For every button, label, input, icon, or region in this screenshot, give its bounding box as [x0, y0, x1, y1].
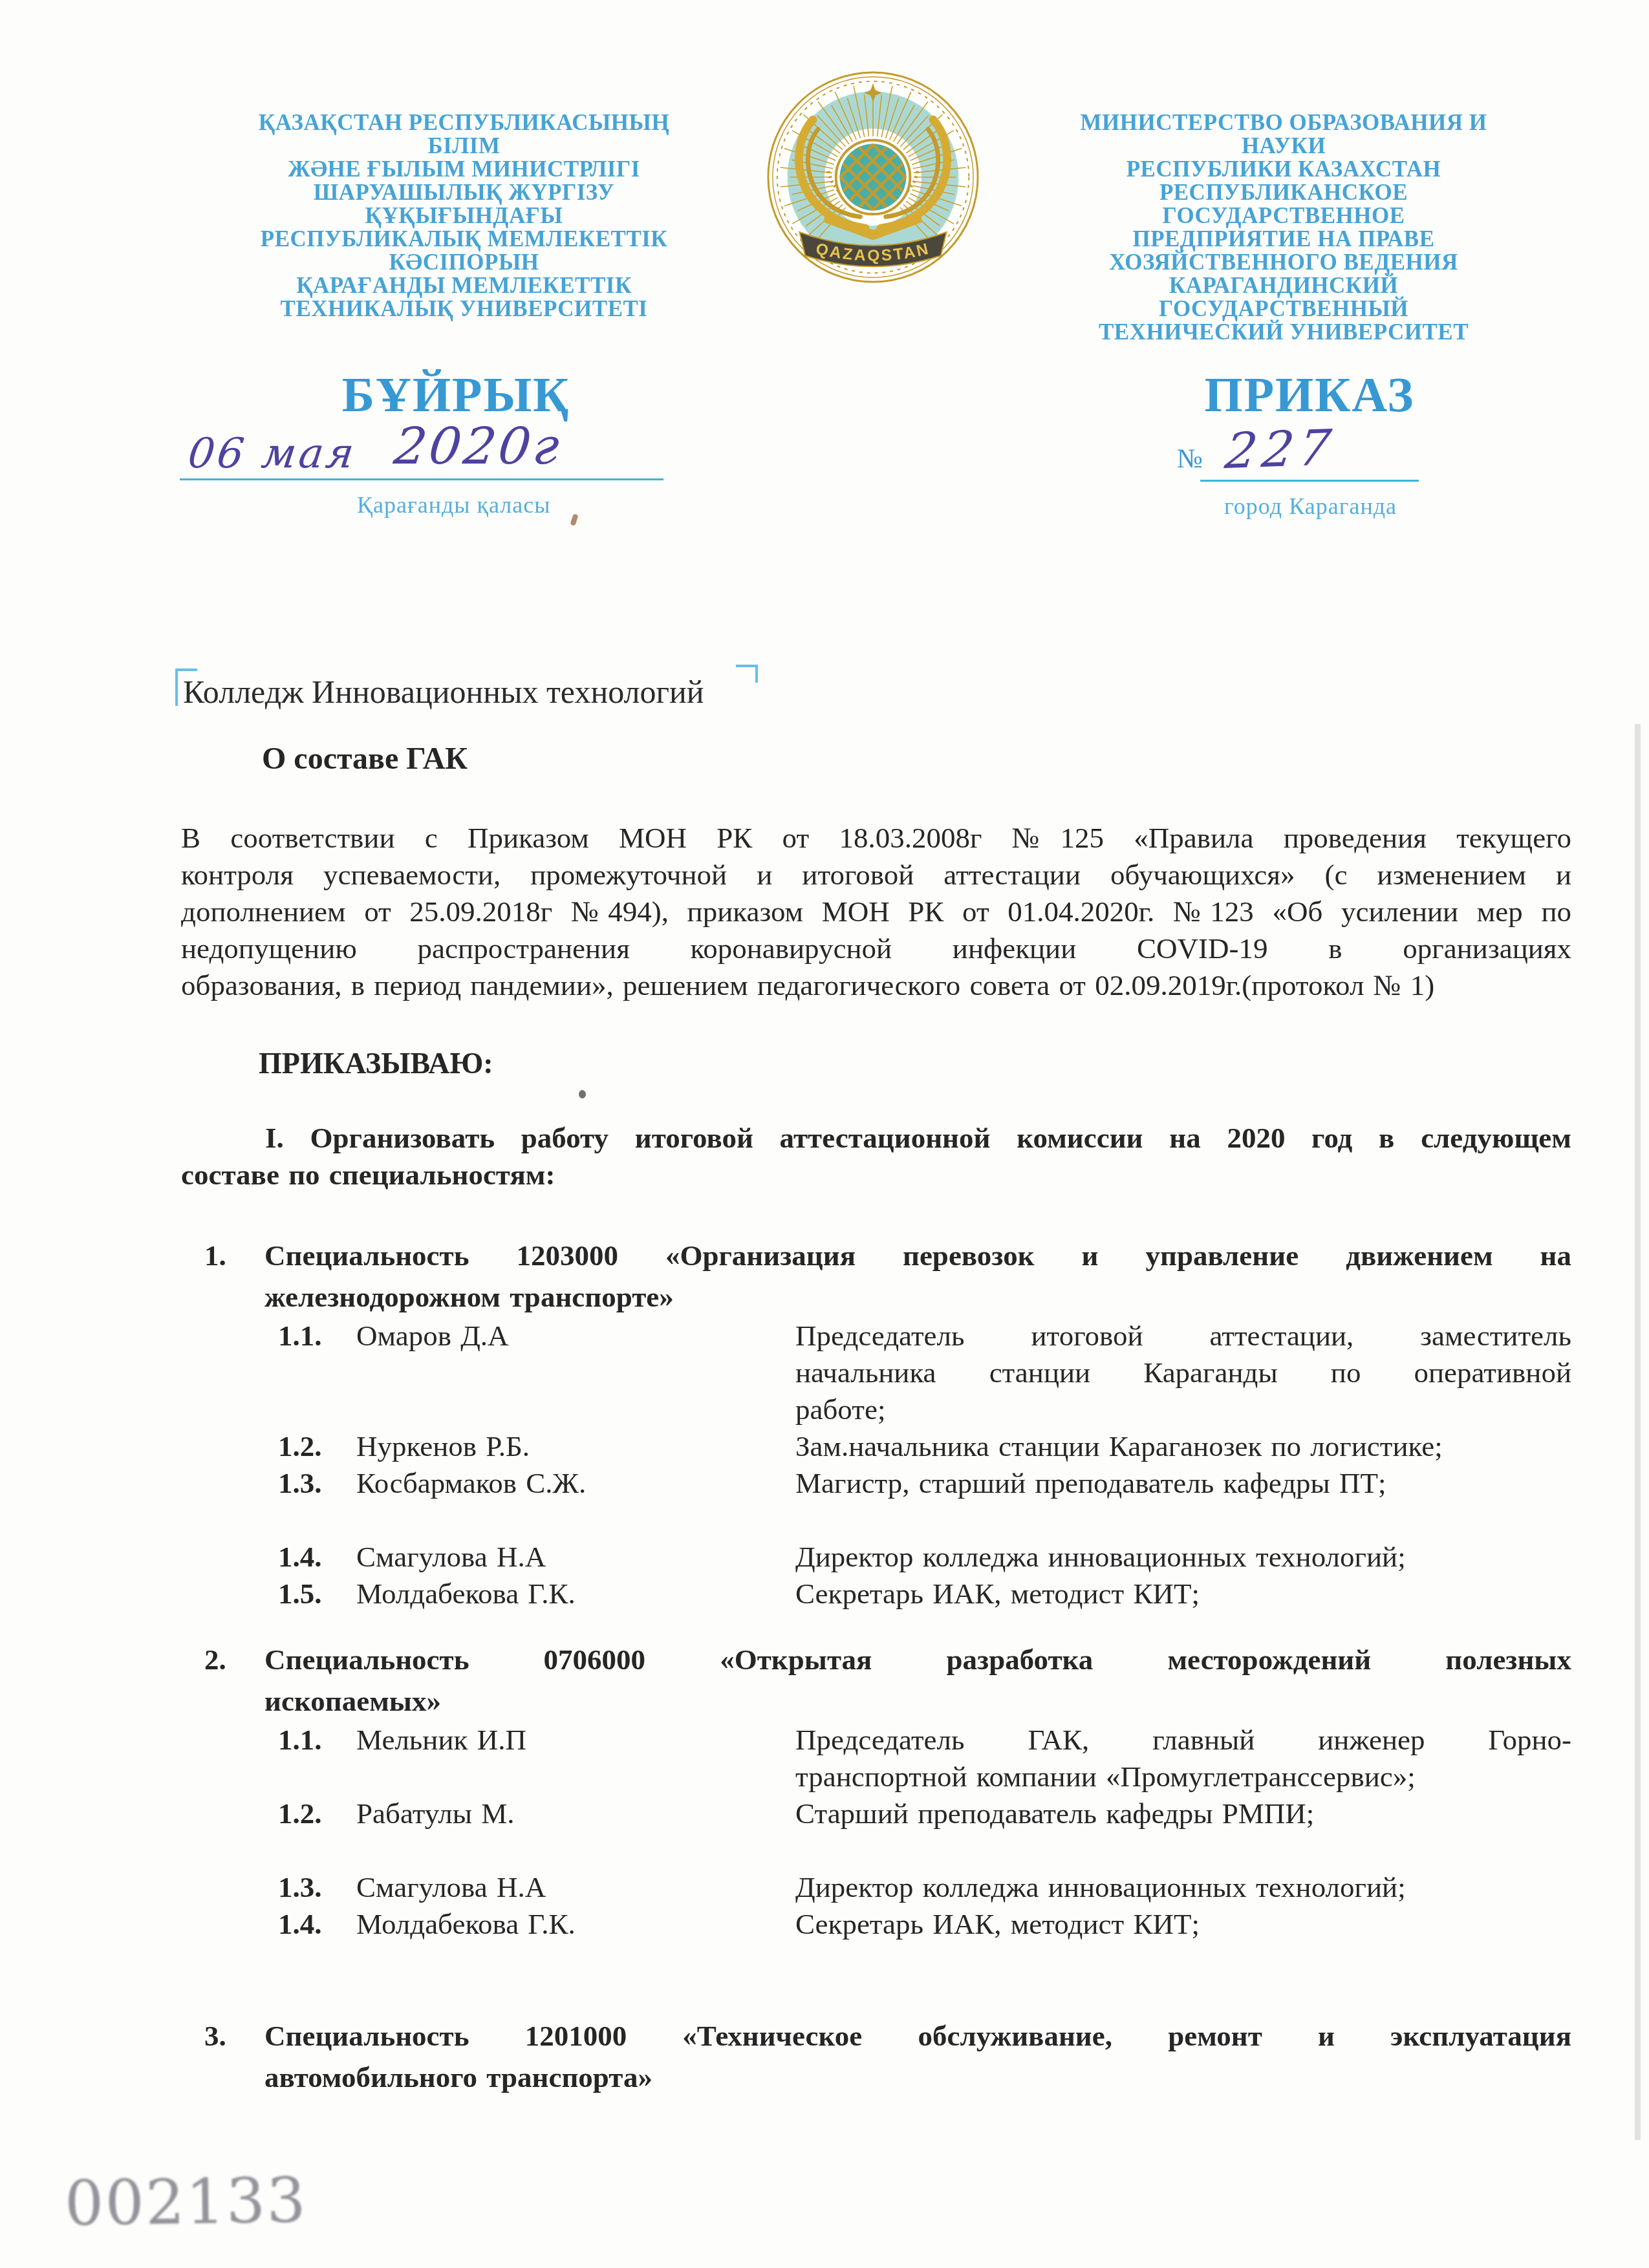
- member-role: Председатель итоговой аттестации, замест…: [795, 1318, 1571, 1428]
- order-subject: О составе ГАК: [262, 741, 468, 776]
- member-row: 1.1.Мельник И.ППредседатель ГАК, главный…: [278, 1722, 1571, 1795]
- specialty-title: Специальность 0706000 «Открытая разработ…: [264, 1639, 1571, 1722]
- member-role-line: Председатель итоговой аттестации, замест…: [795, 1318, 1571, 1354]
- member-role: Секретарь ИАК, методист КИТ;: [795, 1906, 1571, 1943]
- member-role: Председатель ГАК, главный инженер Горно-…: [795, 1722, 1571, 1795]
- order-title-kazakh: БҰЙРЫҚ: [310, 367, 601, 423]
- org-name-russian-line: РЕСПУБЛИКАНСКОЕ ГОСУДАРСТВЕННОЕ: [1048, 181, 1520, 228]
- preamble-paragraph-line: недопущению распространения коронавирусн…: [181, 930, 1571, 967]
- org-name-russian-line: РЕСПУБЛИКИ КАЗАХСТАН: [1048, 158, 1520, 181]
- kazakhstan-emblem: QAZAQSTAN: [764, 69, 982, 286]
- specialty-section: 1.Специальность 1203000 «Организация пер…: [181, 1235, 1571, 1612]
- preamble-paragraph-line: дополнением от 25.09.2018г №494), приказ…: [181, 893, 1571, 930]
- member-row: 1.3.Косбармаков С.Ж.Магистр, старший пре…: [278, 1465, 1571, 1502]
- org-name-kazakh-line: ҚАРАҒАНДЫ МЕМЛЕКЕТТІК: [230, 274, 698, 297]
- member-role-line: транспортной компании «Промуглетранссерв…: [795, 1759, 1571, 1795]
- specialty-title-line: ископаемых»: [264, 1680, 1571, 1722]
- members-list: 1.1.Омаров Д.АПредседатель итоговой атте…: [181, 1318, 1571, 1612]
- member-role-line: Директор колледжа инновационных технолог…: [795, 1869, 1571, 1906]
- member-number: 1.3.: [278, 1465, 356, 1502]
- resolution-word: ПРИКАЗЫВАЮ:: [259, 1046, 493, 1080]
- member-role: Магистр, старший преподаватель кафедры П…: [795, 1465, 1571, 1502]
- member-row: 1.2.Рабатулы М.Старший преподаватель каф…: [278, 1795, 1571, 1832]
- member-role: Секретарь ИАК, методист КИТ;: [795, 1576, 1571, 1612]
- org-name-kazakh-line: ТЕХНИКАЛЫҚ УНИВЕРСИТЕТІ: [230, 297, 698, 321]
- org-name-kazakh-line: ҚАЗАҚСТАН РЕСПУБЛИКАСЫНЫҢ БІЛІМ: [230, 111, 698, 158]
- member-row: 1.2.Нуркенов Р.Б.Зам.начальника станции …: [278, 1428, 1571, 1465]
- member-role-line: Секретарь ИАК, методист КИТ;: [795, 1576, 1571, 1612]
- scan-edge-shadow: [1635, 724, 1641, 2140]
- scan-artifact-mark: [570, 513, 578, 526]
- order-title-russian: ПРИКАЗ: [1164, 367, 1455, 423]
- specialty-title-line: Специальность 1201000 «Техническое обслу…: [264, 2015, 1571, 2057]
- member-name: Молдабекова Г.К.: [356, 1576, 795, 1612]
- org-name-russian-line: ТЕХНИЧЕСКИЙ УНИВЕРСИТЕТ: [1048, 321, 1520, 344]
- order-item-1-line: составе по специальностям:: [181, 1157, 1571, 1193]
- member-number: 1.3.: [278, 1869, 356, 1906]
- member-role-line: работе;: [795, 1391, 1571, 1428]
- crop-mark-right-icon: [736, 665, 758, 683]
- org-name-kazakh-line: РЕСПУБЛИКАЛЫҚ МЕМЛЕКЕТТІК: [230, 228, 698, 251]
- org-name-russian-line: ХОЗЯЙСТВЕННОГО ВЕДЕНИЯ: [1048, 251, 1520, 274]
- preamble-paragraph-line: образования, в период пандемии», решение…: [181, 967, 1571, 1004]
- order-item-1: I. Организовать работу итоговой аттестац…: [181, 1120, 1571, 1193]
- member-role-line: Секретарь ИАК, методист КИТ;: [795, 1906, 1571, 1943]
- handwritten-order-number: 227: [1222, 418, 1339, 480]
- member-role-line: начальника станции Караганды по оператив…: [795, 1354, 1571, 1391]
- specialty-heading: 2.Специальность 0706000 «Открытая разраб…: [181, 1639, 1571, 1722]
- scanned-order-document: ҚАЗАҚСТАН РЕСПУБЛИКАСЫНЫҢ БІЛІМЖӘНЕ ҒЫЛЫ…: [0, 0, 1649, 2268]
- member-row: 1.3.Смагулова Н.АДиректор колледжа иннов…: [278, 1869, 1571, 1906]
- member-name: Мельник И.П: [356, 1722, 795, 1759]
- college-name: Колледж Инновационных технологий: [183, 672, 704, 711]
- member-row: 1.4.Смагулова Н.АДиректор колледжа иннов…: [278, 1539, 1571, 1576]
- org-name-russian-line: ПРЕДПРИЯТИЕ НА ПРАВЕ: [1048, 228, 1520, 251]
- org-name-kazakh: ҚАЗАҚСТАН РЕСПУБЛИКАСЫНЫҢ БІЛІМЖӘНЕ ҒЫЛЫ…: [230, 111, 698, 321]
- number-line: [1200, 480, 1419, 482]
- member-role-line: Зам.начальника станции Караганозек по ло…: [795, 1428, 1571, 1465]
- member-name: Смагулова Н.А: [356, 1539, 795, 1576]
- member-name: Молдабекова Г.К.: [356, 1906, 795, 1943]
- member-role-line: Старший преподаватель кафедры РМПИ;: [795, 1795, 1571, 1832]
- member-number: 1.2.: [278, 1795, 356, 1832]
- place-russian: город Караганда: [1224, 493, 1397, 520]
- date-day-month: 06 мая: [186, 430, 359, 478]
- registration-stamp-number: 002133: [64, 2165, 307, 2240]
- member-role-line: Директор колледжа инновационных технолог…: [795, 1539, 1571, 1576]
- org-name-russian-line: МИНИСТЕРСТВО ОБРАЗОВАНИЯ И НАУКИ: [1048, 111, 1520, 158]
- number-sign: №: [1177, 444, 1203, 475]
- specialty-section: 3.Специальность 1201000 «Техническое обс…: [181, 2015, 1571, 2098]
- specialty-section: 2.Специальность 0706000 «Открытая разраб…: [181, 1639, 1571, 1943]
- handwritten-date: 06 мая2020г: [185, 422, 564, 480]
- member-role: Директор колледжа инновационных технолог…: [795, 1869, 1571, 1906]
- preamble-paragraph: В соответствии с Приказом МОН РК от 18.0…: [181, 820, 1571, 1004]
- member-number: 1.5.: [278, 1576, 356, 1612]
- member-row: 1.5.Молдабекова Г.К.Секретарь ИАК, метод…: [278, 1576, 1571, 1612]
- specialty-heading: 3.Специальность 1201000 «Техническое обс…: [181, 2015, 1571, 2098]
- preamble-paragraph-line: контроля успеваемости, промежуточной и и…: [181, 857, 1571, 893]
- members-list: 1.1.Мельник И.ППредседатель ГАК, главный…: [181, 1722, 1571, 1943]
- member-name: Рабатулы М.: [356, 1795, 795, 1832]
- preamble-paragraph-line: В соответствии с Приказом МОН РК от 18.0…: [181, 820, 1571, 857]
- place-kazakh: Қарағанды қаласы: [357, 491, 550, 519]
- member-number: 1.4.: [278, 1906, 356, 1943]
- member-name: Нуркенов Р.Б.: [356, 1428, 795, 1465]
- specialty-number: 2.: [181, 1639, 264, 1722]
- date-line: [180, 478, 663, 480]
- member-row: 1.4.Молдабекова Г.К.Секретарь ИАК, метод…: [278, 1906, 1571, 1943]
- scan-artifact-dot: [579, 1090, 586, 1098]
- specialty-title-line: железнодорожном транспорте»: [264, 1276, 1571, 1318]
- member-role-line: Магистр, старший преподаватель кафедры П…: [795, 1465, 1571, 1502]
- member-name: Омаров Д.А: [356, 1318, 795, 1354]
- member-number: 1.4.: [278, 1539, 356, 1576]
- specialty-number: 1.: [181, 1235, 264, 1318]
- member-name: Косбармаков С.Ж.: [356, 1465, 795, 1502]
- member-role: Директор колледжа инновационных технолог…: [795, 1539, 1571, 1576]
- org-name-kazakh-line: КӘСІПОРЫН: [230, 251, 698, 274]
- member-role-line: Председатель ГАК, главный инженер Горно-: [795, 1722, 1571, 1759]
- org-name-kazakh-line: ШАРУАШЫЛЫҚ ЖҮРГІЗУ ҚҰҚЫҒЫНДАҒЫ: [230, 181, 698, 228]
- member-number: 1.1.: [278, 1318, 356, 1354]
- specialty-title-line: Специальность 0706000 «Открытая разработ…: [264, 1639, 1571, 1680]
- order-item-1-line: I. Организовать работу итоговой аттестац…: [181, 1120, 1571, 1157]
- org-name-russian-line: КАРАГАНДИНСКИЙ ГОСУДАРСТВЕННЫЙ: [1048, 274, 1520, 321]
- specialty-title: Специальность 1201000 «Техническое обслу…: [264, 2015, 1571, 2098]
- org-name-russian: МИНИСТЕРСТВО ОБРАЗОВАНИЯ И НАУКИРЕСПУБЛИ…: [1048, 111, 1520, 344]
- member-number: 1.1.: [278, 1722, 356, 1759]
- specialty-number: 3.: [181, 2015, 264, 2098]
- member-role: Старший преподаватель кафедры РМПИ;: [795, 1795, 1571, 1832]
- specialty-title-line: Специальность 1203000 «Организация перев…: [264, 1235, 1571, 1276]
- member-name: Смагулова Н.А: [356, 1869, 795, 1906]
- member-role: Зам.начальника станции Караганозек по ло…: [795, 1428, 1571, 1465]
- specialty-title: Специальность 1203000 «Организация перев…: [264, 1235, 1571, 1318]
- member-row: 1.1.Омаров Д.АПредседатель итоговой атте…: [278, 1318, 1571, 1428]
- specialty-heading: 1.Специальность 1203000 «Организация пер…: [181, 1235, 1571, 1318]
- date-year: 2020г: [391, 418, 565, 476]
- specialty-title-line: автомобильного транспорта»: [264, 2057, 1571, 2098]
- org-name-kazakh-line: ЖӘНЕ ҒЫЛЫМ МИНИСТРЛІГІ: [230, 158, 698, 181]
- member-number: 1.2.: [278, 1428, 356, 1465]
